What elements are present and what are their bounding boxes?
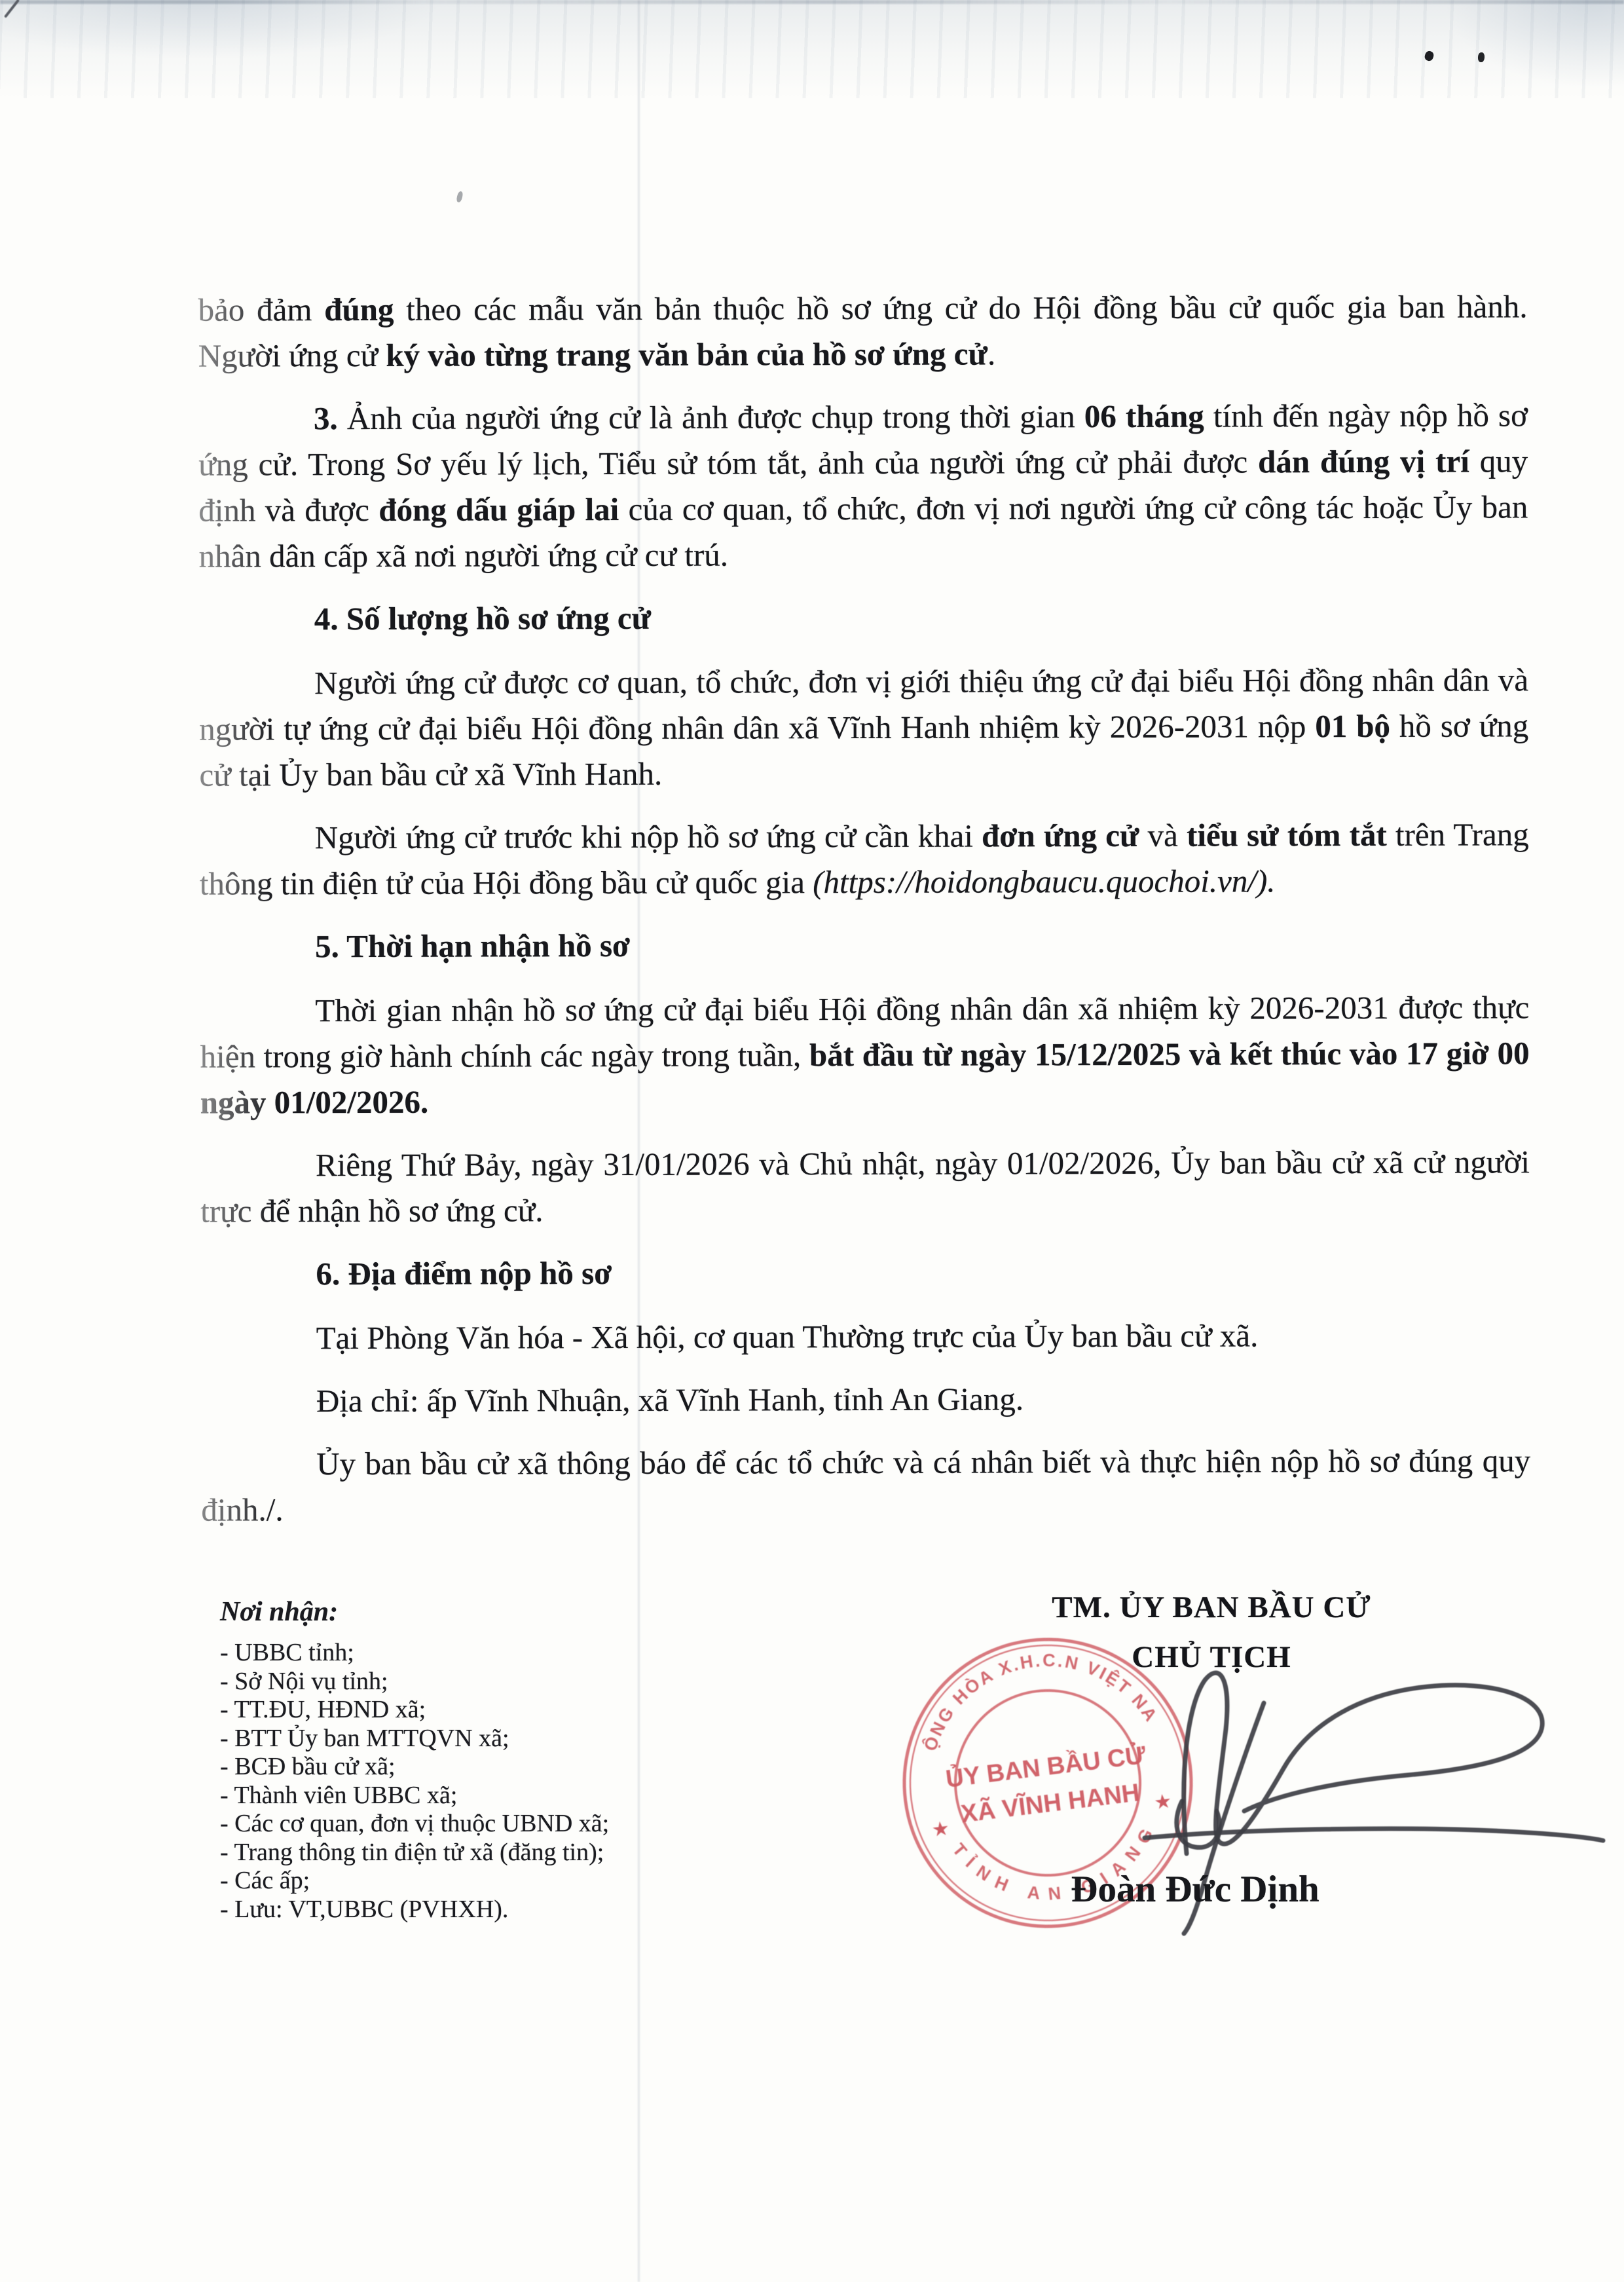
text-run: đóng dấu giáp lai — [378, 491, 619, 528]
para-weekend-duty: Riêng Thứ Bảy, ngày 31/01/2026 và Chủ nh… — [200, 1139, 1530, 1234]
scan-top-shade — [0, 0, 1624, 98]
para-section3-photo-rules: 3. Ảnh của người ứng cử là ảnh được chụp… — [198, 392, 1528, 579]
ink-speck — [456, 191, 464, 202]
para-dossier-count: Người ứng cử được cơ quan, tổ chức, đơn … — [199, 657, 1529, 798]
recipient-item: - Thành viên UBBC xã; — [220, 1782, 609, 1810]
recipient-item: - UBBC tỉnh; — [220, 1639, 609, 1668]
text-run: dán đúng vị trí — [1258, 443, 1469, 480]
signer-name: Đoàn Đức Dịnh — [1054, 1868, 1336, 1911]
text-run: Tại Phòng Văn hóa - Xã hội, cơ quan Thườ… — [316, 1317, 1259, 1356]
recipient-item: - Các ấp; — [220, 1867, 609, 1896]
heading-section4: 4. Số lượng hồ sơ ứng cử — [199, 593, 1528, 642]
scan-corner-mark — [4, 0, 20, 18]
recipients-section: Nơi nhận: - UBBC tỉnh;- Sở Nội vụ tỉnh;-… — [220, 1596, 609, 1924]
ink-speck — [1477, 52, 1485, 63]
scanned-document-page: { "document": { "body": { "paragraphs": … — [0, 0, 1624, 2282]
para-online-declaration: Người ứng cử trước khi nộp hồ sơ ứng cử … — [200, 812, 1529, 907]
text-run: . — [987, 335, 995, 371]
text-run: Ủy ban bầu cử xã thông báo để các tổ chứ… — [201, 1442, 1530, 1527]
text-run: đơn ứng cử — [982, 817, 1139, 854]
para-submission-period: Thời gian nhận hồ sơ ứng cử đại biểu Hội… — [200, 984, 1530, 1125]
para-address: Địa chỉ: ấp Vĩnh Nhuận, xã Vĩnh Hanh, tỉ… — [201, 1375, 1530, 1424]
text-run: đúng — [324, 291, 394, 327]
recipient-item: - Sở Nội vụ tỉnh; — [220, 1668, 609, 1696]
handwritten-signature — [1113, 1624, 1624, 1965]
text-run: 4. Số lượng hồ sơ ứng cử — [314, 600, 651, 637]
para-intro-continuation: bảo đảm đúng theo các mẫu văn bản thuộc … — [198, 284, 1527, 379]
para-closing: Ủy ban bầu cử xã thông báo để các tổ chứ… — [201, 1438, 1530, 1533]
recipient-item: - Các cơ quan, đơn vị thuộc UBND xã; — [220, 1810, 609, 1839]
text-run: Riêng Thứ Bảy, ngày 31/01/2026 và Chủ nh… — [200, 1144, 1530, 1229]
signature-strokes — [1113, 1624, 1624, 1965]
text-run: Địa chỉ: ấp Vĩnh Nhuận, xã Vĩnh Hanh, tỉ… — [316, 1381, 1024, 1419]
heading-section6: 6. Địa điểm nộp hồ sơ — [200, 1248, 1530, 1297]
document-body: bảo đảm đúng theo các mẫu văn bản thuộc … — [198, 284, 1530, 1550]
para-submission-location: Tại Phòng Văn hóa - Xã hội, cơ quan Thườ… — [201, 1312, 1530, 1361]
text-run: (https://hoidongbaucu.quochoi.vn/). — [813, 863, 1275, 900]
text-run: 06 tháng — [1084, 398, 1204, 434]
recipient-item: - Lưu: VT,UBBC (PVHXH). — [220, 1896, 609, 1924]
text-run: bảo đảm — [198, 291, 324, 328]
recipients-label: Nơi nhận: — [220, 1596, 609, 1628]
text-run: 01 bộ — [1315, 708, 1390, 744]
ink-speck — [1424, 50, 1435, 62]
text-run: Ảnh của người ứng cử là ảnh được chụp tr… — [338, 398, 1084, 436]
text-run: Người ứng cử trước khi nộp hồ sơ ứng cử … — [315, 818, 982, 856]
text-run: 5. Thời hạn nhận hồ sơ — [315, 927, 630, 964]
recipient-item: - Trang thông tin điện tử xã (đăng tin); — [220, 1839, 609, 1867]
star-icon: ★ — [931, 1818, 951, 1841]
text-run: 3. — [314, 400, 338, 436]
text-run: 6. Địa điểm nộp hồ sơ — [316, 1255, 612, 1292]
heading-section5: 5. Thời hạn nhận hồ sơ — [200, 920, 1529, 969]
recipient-item: - BCĐ bầu cử xã; — [220, 1753, 609, 1782]
recipient-item: - BTT Ủy ban MTTQVN xã; — [220, 1725, 609, 1753]
text-run: tiểu sử tóm tắt — [1187, 817, 1387, 853]
text-run: ký vào từng trang văn bản của hồ sơ ứng … — [386, 336, 987, 373]
recipient-item: - TT.ĐU, HĐND xã; — [220, 1696, 609, 1725]
recipients-list: - UBBC tỉnh;- Sở Nội vụ tỉnh;- TT.ĐU, HĐ… — [220, 1639, 609, 1924]
text-run: và — [1139, 817, 1187, 853]
scan-top-edge — [0, 0, 1624, 4]
signing-authority: TM. ỦY BAN BẦU CỬ — [1008, 1590, 1414, 1624]
